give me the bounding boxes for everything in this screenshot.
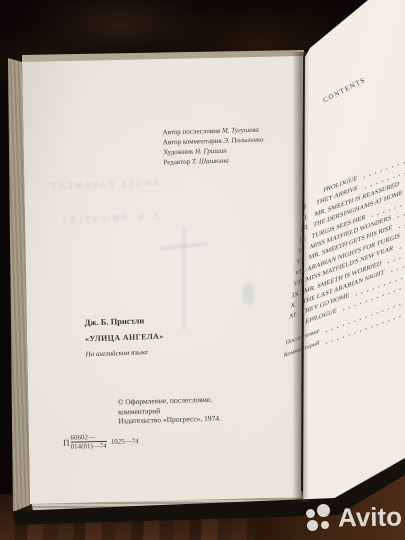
avito-watermark: Avito	[306, 502, 402, 533]
colophon-credits: Автор послесловия М. ТугушеваАвтор комме…	[162, 125, 264, 168]
show-through-title-text: ANGEL PAVEMENTJ. B. PRIESTLEY	[39, 166, 161, 238]
show-through-figure	[243, 283, 254, 305]
avito-logo-icon	[306, 504, 333, 532]
credit-name: Н. Гришин	[195, 147, 227, 156]
catalog-code: П 60602— 014(01)—74 1025—74	[63, 432, 139, 451]
credit-role: Автор комментария	[163, 137, 224, 147]
toc-chapter-number	[287, 325, 299, 329]
credit-role: Автор послесловия	[162, 127, 222, 137]
avito-watermark-text: Avito	[338, 501, 403, 533]
catalog-code-prefix: П	[63, 437, 70, 447]
catalog-code-suffix: 1025—74	[111, 437, 139, 446]
copyright-block: © Оформление, послесловие, комментарий И…	[118, 395, 221, 426]
book-photo: ANGEL PAVEMENTJ. B. PRIESTLEY Автор посл…	[0, 0, 405, 540]
credit-name: Т. Шашкина	[192, 157, 229, 166]
book-title: «УЛИЦА АНГЕЛА»	[85, 332, 164, 344]
title-block: Дж. Б. Пристли «УЛИЦА АНГЕЛА» На английс…	[84, 315, 164, 359]
credit-name: М. Тугушева	[222, 126, 259, 135]
credit-role: Художник	[163, 148, 195, 157]
ghost-line: J. B. PRIESTLEY	[40, 200, 161, 238]
catalog-code-denominator: 014(01)—74	[70, 441, 106, 451]
credit-role: Редактор	[163, 158, 192, 167]
credit-name: Э. Полыгенко	[223, 136, 263, 145]
ghost-line: ANGEL PAVEMENT	[39, 166, 160, 204]
catalog-code-fraction: 60602— 014(01)—74	[70, 433, 107, 451]
author-name: Дж. Б. Пристли	[84, 315, 163, 328]
